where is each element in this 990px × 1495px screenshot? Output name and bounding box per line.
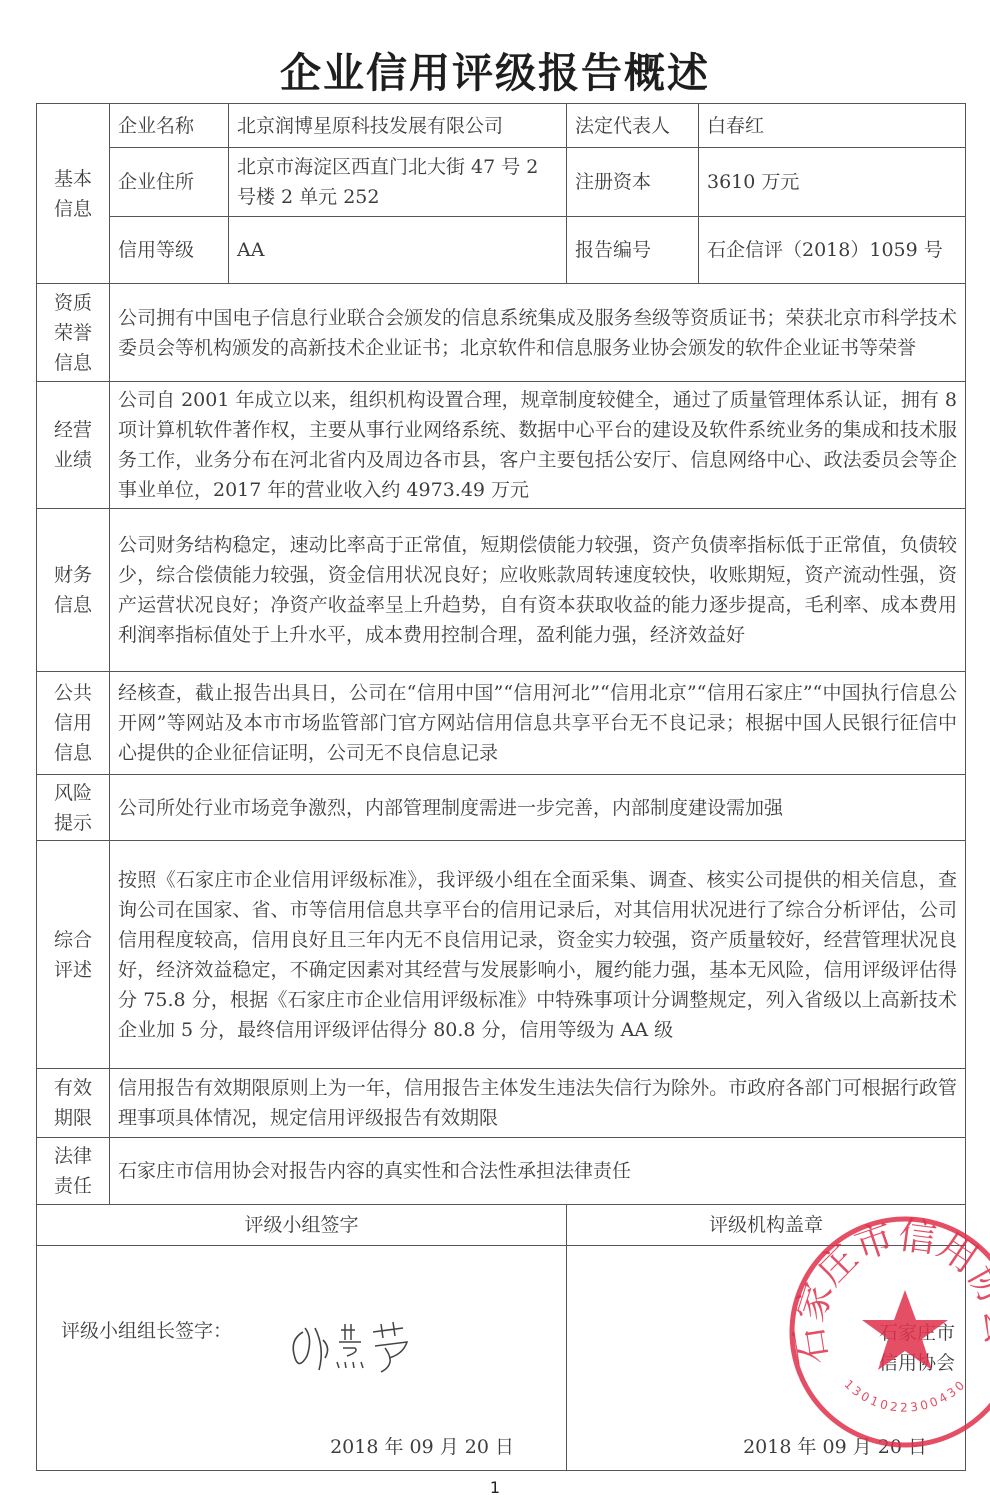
section-label-summary: 综合评述 — [37, 841, 110, 1069]
row-legal: 法律责任 石家庄市信用协会对报告内容的真实性和合法性承担法律责任 — [37, 1138, 966, 1205]
value-address: 北京市海淀区西直门北大街 47 号 2 号楼 2 单元 252 — [229, 148, 567, 217]
header-team-signature: 评级小组签字 — [37, 1205, 567, 1246]
section-label-validity: 有效期限 — [37, 1069, 110, 1138]
team-signature-date: 2018 年 09 月 20 日 — [330, 1432, 514, 1462]
value-registered-capital: 3610 万元 — [699, 148, 966, 217]
section-label-performance: 经营业绩 — [37, 382, 110, 509]
section-text-financial: 公司财务结构稳定，速动比率高于正常值，短期偿债能力较强，资产负债率指标低于正常值… — [110, 509, 966, 672]
org-name: 石家庄市信用协会 — [879, 1318, 957, 1378]
org-seal-cell: 石家庄市信用协会 石家庄市信用协会 1301022300430 2018 — [567, 1246, 966, 1471]
leader-signature-label: 评级小组组长签字： — [61, 1316, 232, 1346]
section-label-financial: 财务信息 — [37, 509, 110, 672]
section-label-risk: 风险提示 — [37, 775, 110, 841]
section-text-risk: 公司所处行业市场竞争激烈，内部管理制度需进一步完善，内部制度建设需加强 — [110, 775, 966, 841]
row-validity: 有效期限 信用报告有效期限原则上为一年，信用报告主体发生违法失信行为除外。市政府… — [37, 1069, 966, 1138]
section-text-legal: 石家庄市信用协会对报告内容的真实性和合法性承担法律责任 — [110, 1138, 966, 1205]
section-text-summary: 按照《石家庄市企业信用评级标准》，我评级小组在全面采集、调查、核实公司提供的相关… — [110, 841, 966, 1069]
label-legal-rep: 法定代表人 — [567, 104, 699, 148]
value-legal-rep: 白春红 — [699, 104, 966, 148]
row-public-credit: 公共信用信息 经核查，截止报告出具日，公司在“信用中国”“信用河北”“信用北京”… — [37, 672, 966, 775]
row-qualifications: 资质荣誉信息 公司拥有中国电子信息行业联合会颁发的信息系统集成及服务叁级等资质证… — [37, 284, 966, 382]
label-company-name: 企业名称 — [110, 104, 229, 148]
section-text-performance: 公司自 2001 年成立以来，组织机构设置合理，规章制度较健全，通过了质量管理体… — [110, 382, 966, 509]
page-number: 1 — [0, 1478, 990, 1495]
section-label-public-credit: 公共信用信息 — [37, 672, 110, 775]
section-text-public-credit: 经核查，截止报告出具日，公司在“信用中国”“信用河北”“信用北京”“信用石家庄”… — [110, 672, 966, 775]
row-address: 企业住所 北京市海淀区西直门北大街 47 号 2 号楼 2 单元 252 注册资… — [37, 148, 966, 217]
value-credit-grade: AA — [229, 217, 567, 284]
label-address: 企业住所 — [110, 148, 229, 217]
label-registered-capital: 注册资本 — [567, 148, 699, 217]
value-company-name: 北京润博星原科技发展有限公司 — [229, 104, 567, 148]
label-credit-grade: 信用等级 — [110, 217, 229, 284]
section-label-basic-info: 基本信息 — [37, 104, 110, 284]
row-performance: 经营业绩 公司自 2001 年成立以来，组织机构设置合理，规章制度较健全，通过了… — [37, 382, 966, 509]
section-text-validity: 信用报告有效期限原则上为一年，信用报告主体发生违法失信行为除外。市政府各部门可根… — [110, 1069, 966, 1138]
label-report-no: 报告编号 — [567, 217, 699, 284]
report-table: 基本信息 企业名称 北京润博星原科技发展有限公司 法定代表人 白春红 企业住所 … — [36, 103, 966, 1471]
team-signature-cell: 评级小组组长签字： 2018 年 09 月 20 日 — [37, 1246, 567, 1471]
section-label-qualifications: 资质荣誉信息 — [37, 284, 110, 382]
org-seal-date: 2018 年 09 月 20 日 — [743, 1432, 927, 1462]
row-risk: 风险提示 公司所处行业市场竞争激烈，内部管理制度需进一步完善，内部制度建设需加强 — [37, 775, 966, 841]
row-financial: 财务信息 公司财务结构稳定，速动比率高于正常值，短期偿债能力较强，资产负债率指标… — [37, 509, 966, 672]
row-signature-header: 评级小组签字 评级机构盖章 — [37, 1205, 966, 1246]
value-report-no: 石企信评（2018）1059 号 — [699, 217, 966, 284]
header-org-seal: 评级机构盖章 — [567, 1205, 966, 1246]
document-title: 企业信用评级报告概述 — [0, 40, 990, 99]
svg-text:1301022300430: 1301022300430 — [841, 1376, 969, 1414]
row-company-name: 基本信息 企业名称 北京润博星原科技发展有限公司 法定代表人 白春红 — [37, 104, 966, 148]
section-label-legal: 法律责任 — [37, 1138, 110, 1205]
handwritten-signature-icon — [285, 1318, 425, 1378]
row-credit-grade: 信用等级 AA 报告编号 石企信评（2018）1059 号 — [37, 217, 966, 284]
section-text-qualifications: 公司拥有中国电子信息行业联合会颁发的信息系统集成及服务叁级等资质证书；荣获北京市… — [110, 284, 966, 382]
row-summary: 综合评述 按照《石家庄市企业信用评级标准》，我评级小组在全面采集、调查、核实公司… — [37, 841, 966, 1069]
row-signature: 评级小组组长签字： 2018 年 09 月 20 日 石家庄市信用协会 — [37, 1246, 966, 1471]
